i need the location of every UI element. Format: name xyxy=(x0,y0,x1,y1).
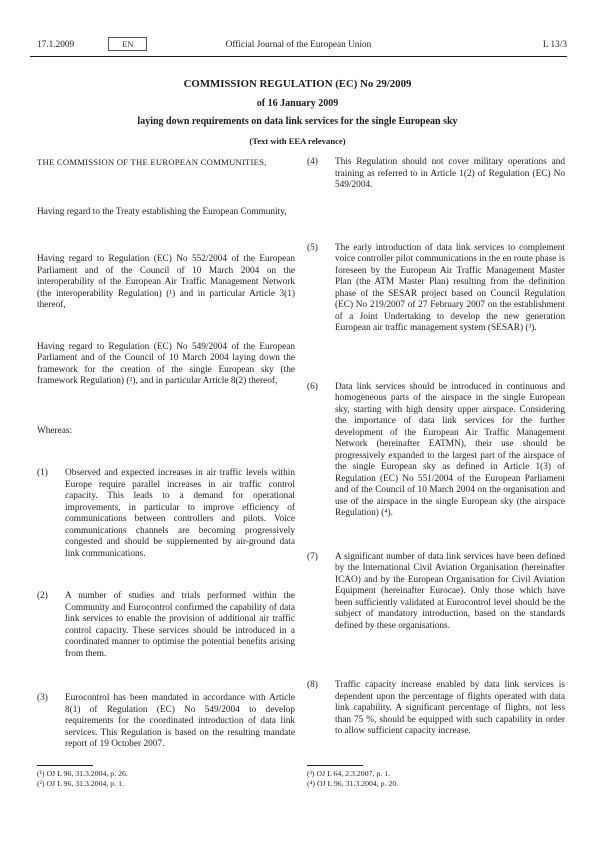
right-column: (4) This Regulation should not cover mil… xyxy=(307,157,565,738)
document-page: 17.1.2009 EN Official Journal of the Eur… xyxy=(0,0,595,842)
page-header: 17.1.2009 EN Official Journal of the Eur… xyxy=(30,37,567,57)
recital-4: (4) This Regulation should not cover mil… xyxy=(307,157,565,192)
recital-number: (3) xyxy=(37,693,65,751)
recital-text: Traffic capacity increase enabled by dat… xyxy=(335,680,565,738)
recital-5: (5) The early introduction of data link … xyxy=(307,243,565,335)
recital-number: (6) xyxy=(307,382,335,520)
recital-number: (2) xyxy=(37,591,65,660)
recital-7: (7) A significant number of data link se… xyxy=(307,552,565,633)
title-block: COMMISSION REGULATION (EC) No 29/2009 of… xyxy=(0,78,595,146)
recital-number: (8) xyxy=(307,680,335,738)
recital-number: (7) xyxy=(307,552,335,633)
footnotes-left: (¹) OJ L 96, 31.3.2004, p. 26. (²) OJ L … xyxy=(37,765,295,788)
footnote-rule xyxy=(307,765,363,766)
recital-number: (4) xyxy=(307,157,335,192)
preamble-paragraph: Having regard to Regulation (EC) No 552/… xyxy=(37,254,295,312)
footnote: (⁴) OJ L 96, 31.3.2004, p. 20. xyxy=(307,779,565,789)
journal-title: Official Journal of the European Union xyxy=(30,40,567,50)
recital-text: A significant number of data link servic… xyxy=(335,552,565,633)
left-column: THE COMMISSION OF THE EUROPEAN COMMUNITI… xyxy=(37,157,295,751)
footnote-rule xyxy=(37,765,93,766)
whereas-label: Whereas: xyxy=(37,426,295,438)
recital-number: (5) xyxy=(307,243,335,335)
footnotes-right: (³) OJ L 64, 2.3.2007, p. 1. (⁴) OJ L 96… xyxy=(307,765,565,788)
regulation-title: COMMISSION REGULATION (EC) No 29/2009 xyxy=(0,78,595,90)
recital-6: (6) Data link services should be introdu… xyxy=(307,382,565,520)
regulation-date: of 16 January 2009 xyxy=(0,98,595,109)
recital-text: Eurocontrol has been mandated in accorda… xyxy=(65,693,295,751)
recital-text: Data link services should be introduced … xyxy=(335,382,565,520)
recital-text: A number of studies and trials performed… xyxy=(65,591,295,660)
recital-1: (1) Observed and expected increases in a… xyxy=(37,468,295,560)
preamble-paragraph: Having regard to the Treaty establishing… xyxy=(37,207,295,219)
recital-text: The early introduction of data link serv… xyxy=(335,243,565,335)
footnote: (³) OJ L 64, 2.3.2007, p. 1. xyxy=(307,769,565,779)
recital-8: (8) Traffic capacity increase enabled by… xyxy=(307,680,565,738)
recital-3: (3) Eurocontrol has been mandated in acc… xyxy=(37,693,295,751)
recital-number: (1) xyxy=(37,468,65,560)
footnote: (¹) OJ L 96, 31.3.2004, p. 26. xyxy=(37,769,295,779)
recital-text: Observed and expected increases in air t… xyxy=(65,468,295,560)
recital-2: (2) A number of studies and trials perfo… xyxy=(37,591,295,660)
recital-text: This Regulation should not cover militar… xyxy=(335,157,565,192)
eea-relevance-note: (Text with EEA relevance) xyxy=(0,136,595,146)
regulation-subject: laying down requirements on data link se… xyxy=(0,116,595,127)
preamble-paragraph: Having regard to Regulation (EC) No 549/… xyxy=(37,342,295,388)
footnote: (²) OJ L 96, 31.3.2004, p. 1. xyxy=(37,779,295,789)
page-number: L 13/3 xyxy=(543,40,567,50)
preamble-opening: THE COMMISSION OF THE EUROPEAN COMMUNITI… xyxy=(37,157,295,169)
